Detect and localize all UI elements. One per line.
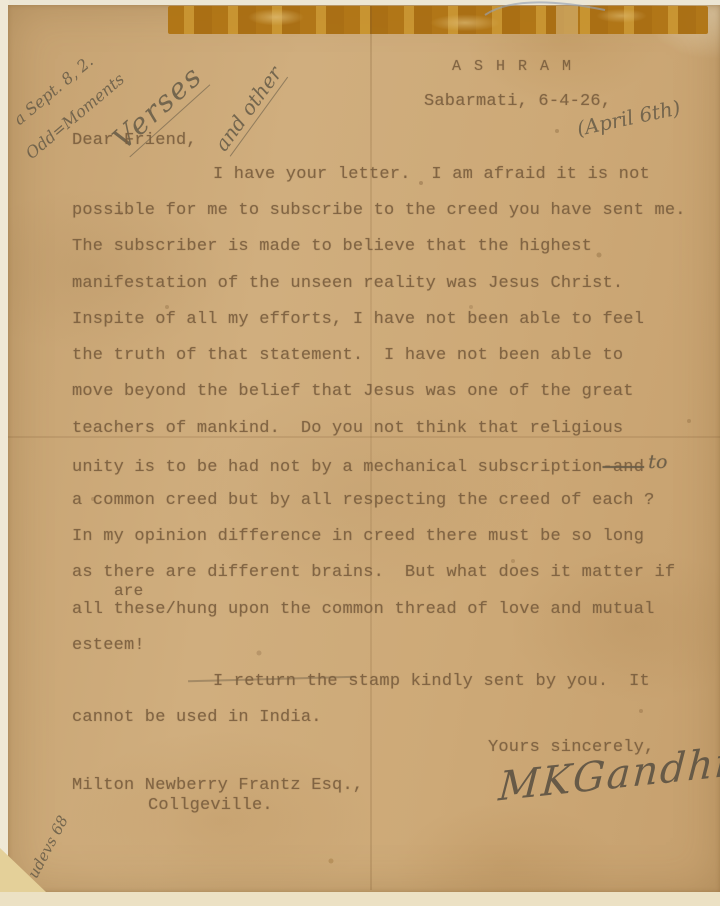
body-line: all these/hung upon the common thread of… (72, 600, 655, 620)
body-line: move beyond the belief that Jesus was on… (72, 382, 634, 402)
body-line: a common creed but by all respecting the… (72, 491, 655, 511)
body-line: the truth of that statement. I have not … (72, 346, 623, 366)
recipient-city: Collgeville. (148, 796, 273, 816)
body-line: teachers of mankind. Do you not think th… (72, 419, 623, 439)
typed-insertion-are: are (114, 581, 143, 601)
scanned-letter-page: A S H R A M Sabarmati, 6-4-26, (April 6t… (0, 0, 720, 906)
body-line: cannot be used in India. (72, 708, 322, 728)
body-line: I return the stamp kindly sent by you. I… (213, 672, 650, 692)
salutation: Dear Friend, (72, 131, 197, 151)
body-line: In my opinion difference in creed there … (72, 527, 644, 547)
struck-word: -and (603, 458, 645, 477)
recipient-name: Milton Newberry Frantz Esq., (72, 776, 363, 796)
body-line: esteem! (72, 636, 145, 656)
body-line-text: unity is to be had not by a mechanical s… (72, 458, 603, 477)
letterhead: A S H R A M (452, 57, 573, 77)
dateline: Sabarmati, 6-4-26, (424, 92, 611, 112)
body-line: The subscriber is made to believe that t… (72, 237, 592, 257)
body-line: Inspite of all my efforts, I have not be… (72, 310, 644, 330)
body-line-with-correction: unity is to be had not by a mechanical s… (72, 455, 664, 478)
body-line: as there are different brains. But what … (72, 563, 675, 583)
pencil-note-and-other: and other (209, 62, 288, 157)
body-line: possible for me to subscribe to the cree… (72, 201, 686, 221)
body-line: manifestation of the unseen reality was … (72, 274, 623, 294)
letter-text-layer: A S H R A M Sabarmati, 6-4-26, (April 6t… (0, 0, 720, 906)
pencil-note-bottom-left: udevs 68 (24, 813, 72, 882)
pencil-correction-to: to (648, 451, 667, 473)
body-line: I have your letter. I am afraid it is no… (213, 165, 650, 185)
